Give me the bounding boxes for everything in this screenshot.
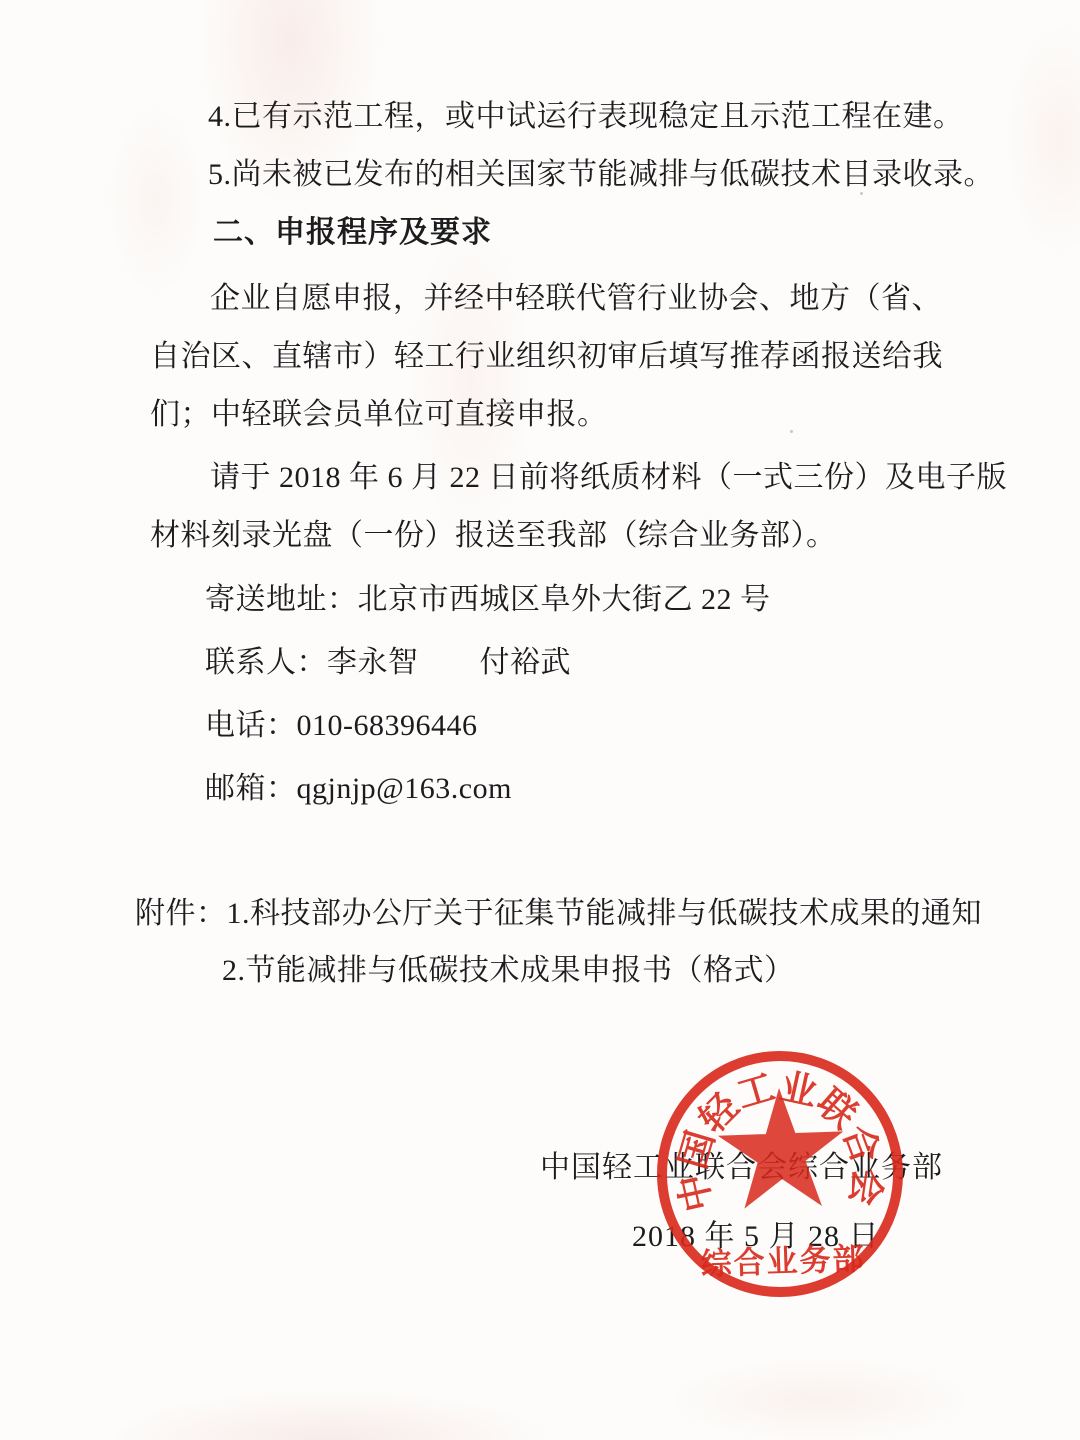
signature-org-line: 中国轻工业联合会综合业务部 bbox=[540, 1151, 943, 1186]
document-page: 4.已有示范工程，或中试运行表现稳定且示范工程在建。 5.尚未被已发布的相关国家… bbox=[0, 0, 1080, 1440]
condition-item-4: 4.已有示范工程，或中试运行表现稳定且示范工程在建。 bbox=[208, 100, 964, 135]
contacts-line: 联系人：李永智 付裕武 bbox=[205, 646, 571, 681]
svg-text:中国轻工业联合会: 中国轻工业联合会 bbox=[668, 1063, 890, 1215]
section-heading: 二、申报程序及要求 bbox=[213, 216, 492, 251]
para-deadline-line-2: 材料刻录光盘（一份）报送至我部（综合业务部）。 bbox=[150, 519, 837, 554]
seal-arc-text: 中国轻工业联合会 bbox=[668, 1063, 890, 1215]
scan-speck bbox=[790, 430, 793, 433]
para-deadline-line-1: 请于 2018 年 6 月 22 日前将纸质材料（一式三份）及电子版 bbox=[210, 461, 1007, 496]
phone-line: 电话：010-68396446 bbox=[205, 709, 478, 744]
attachments-line-1: 附件：1.科技部办公厅关于征集节能减排与低碳技术成果的通知 bbox=[135, 897, 982, 932]
email-line: 邮箱：qgjnjp@163.com bbox=[205, 772, 512, 807]
attachments-line-2: 2.节能减排与低碳技术成果申报书（格式） bbox=[222, 954, 795, 989]
scan-speck bbox=[860, 192, 863, 195]
para-application-line-3: 们；中轻联会员单位可直接申报。 bbox=[150, 398, 608, 433]
mailing-address-line: 寄送地址：北京市西城区阜外大街乙 22 号 bbox=[205, 583, 771, 618]
signature-date-line: 2018 年 5 月 28 日 bbox=[632, 1220, 880, 1255]
seal-star-icon bbox=[716, 1086, 846, 1210]
para-application-line-2: 自治区、直辖市）轻工行业组织初审后填写推荐函报送给我 bbox=[150, 340, 943, 375]
condition-item-5: 5.尚未被已发布的相关国家节能减排与低碳技术目录收录。 bbox=[208, 158, 994, 193]
para-application-line-1: 企业自愿申报，并经中轻联代管行业协会、地方（省、 bbox=[210, 282, 942, 317]
